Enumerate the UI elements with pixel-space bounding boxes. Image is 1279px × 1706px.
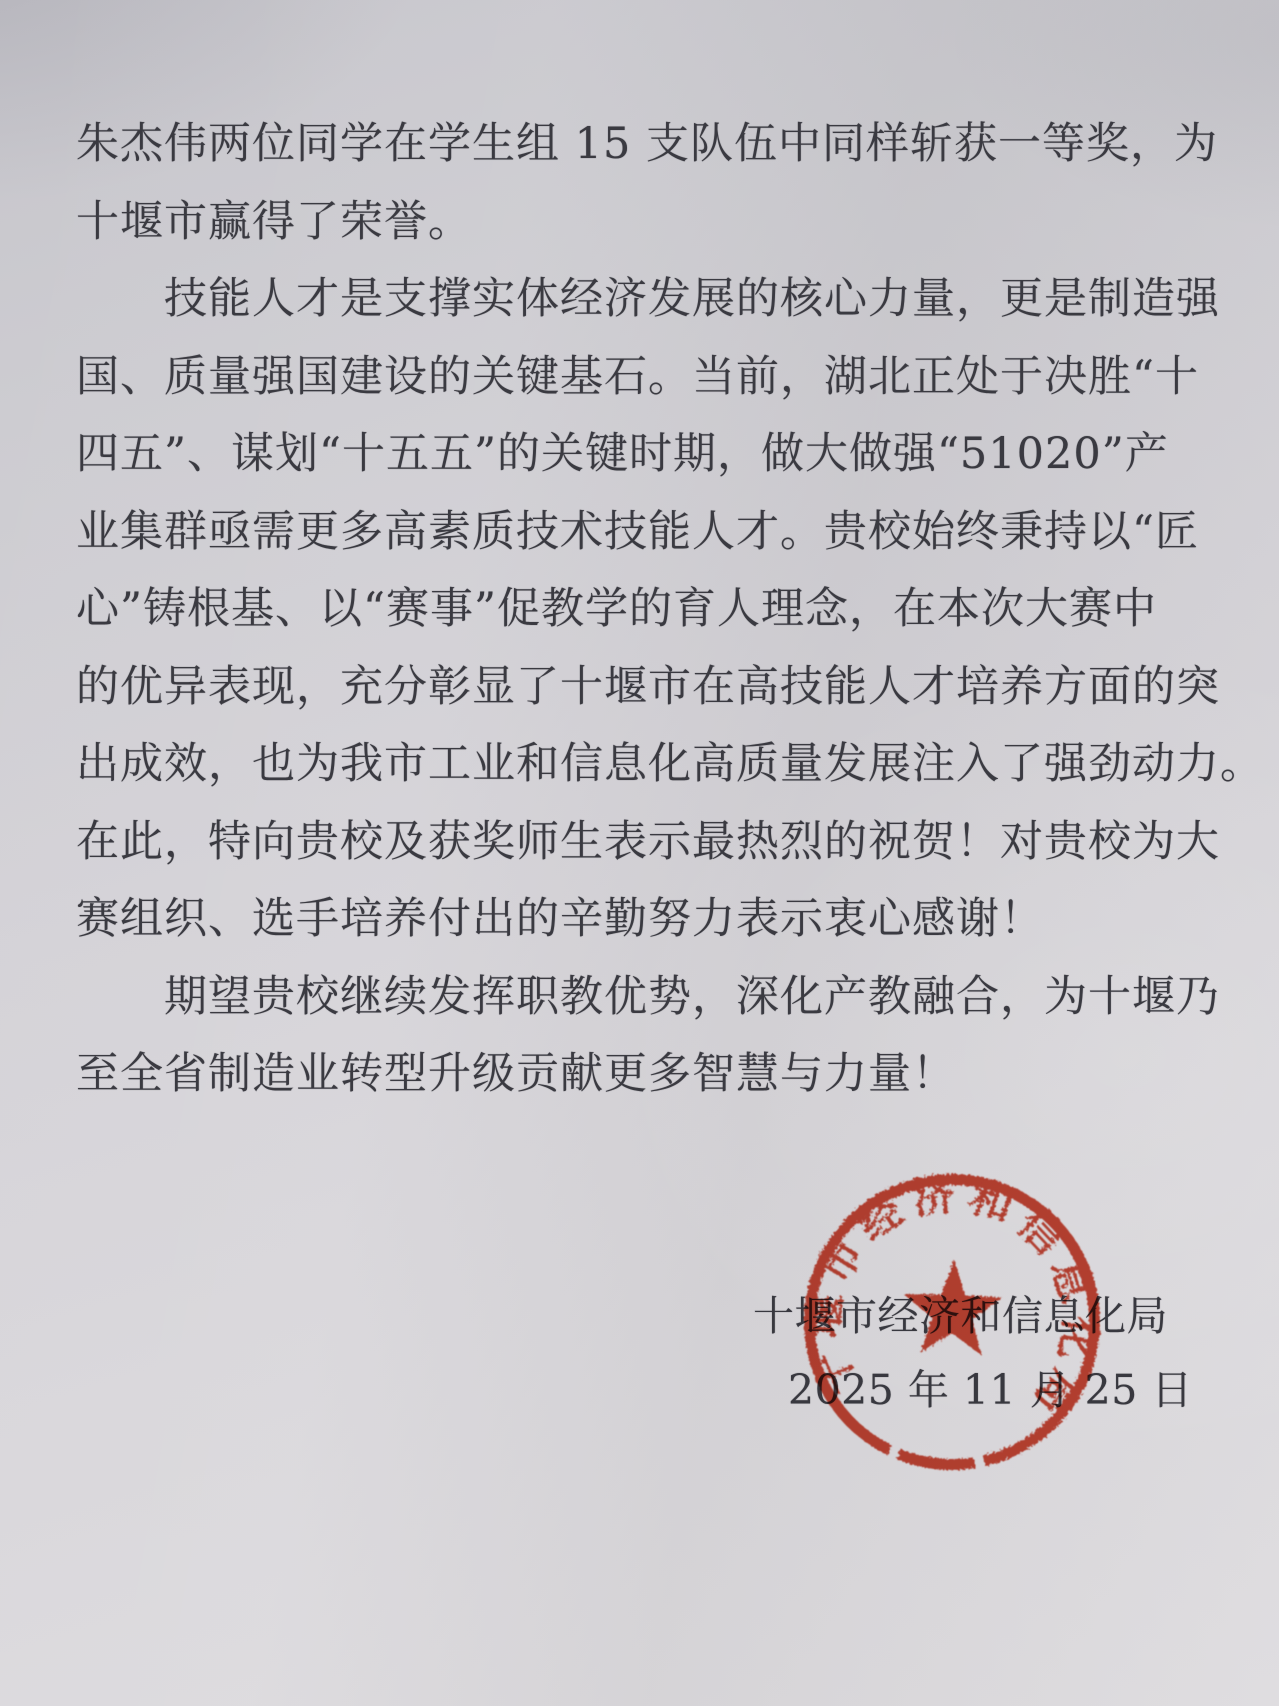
body-line: 在此，特向贵校及获奖师生表示最热烈的祝贺！对贵校为大 bbox=[76, 804, 1264, 882]
body-line: 国、质量强国建设的关键基石。当前，湖北正处于决胜“十 bbox=[76, 339, 1264, 417]
body-line: 四五”、谋划“十五五”的关键时期，做大做强“51020”产 bbox=[76, 416, 1264, 494]
body-line: 朱杰伟两位同学在学生组 15 支队伍中同样斩获一等奖，为 bbox=[76, 106, 1264, 184]
body-line: 技能人才是支撑实体经济发展的核心力量，更是制造强 bbox=[76, 261, 1264, 339]
body-line: 赛组织、选手培养付出的辛勤努力表示衷心感谢！ bbox=[76, 881, 1264, 959]
body-line: 的优异表现，充分彰显了十堰市在高技能人才培养方面的突 bbox=[76, 649, 1264, 727]
body-line: 期望贵校继续发挥职教优势，深化产教融合，为十堰乃 bbox=[76, 959, 1264, 1037]
star-icon bbox=[901, 1258, 1003, 1355]
body-line: 十堰市赢得了荣誉。 bbox=[76, 184, 1264, 262]
body-line: 至全省制造业转型升级贡献更多智慧与力量！ bbox=[76, 1036, 1264, 1114]
body-line: 业集群亟需更多高素质技术技能人才。贵校始终秉持以“匠 bbox=[76, 494, 1264, 572]
body-line: 出成效，也为我市工业和信息化高质量发展注入了强劲动力。 bbox=[76, 726, 1264, 804]
body-line: 心”铸根基、以“赛事”促教学的育人理念，在本次大赛中 bbox=[76, 571, 1264, 649]
official-seal: 十堰市经济和信息化局 bbox=[787, 1157, 1118, 1488]
letter-body: 朱杰伟两位同学在学生组 15 支队伍中同样斩获一等奖，为 十堰市赢得了荣誉。 技… bbox=[76, 106, 1264, 1114]
